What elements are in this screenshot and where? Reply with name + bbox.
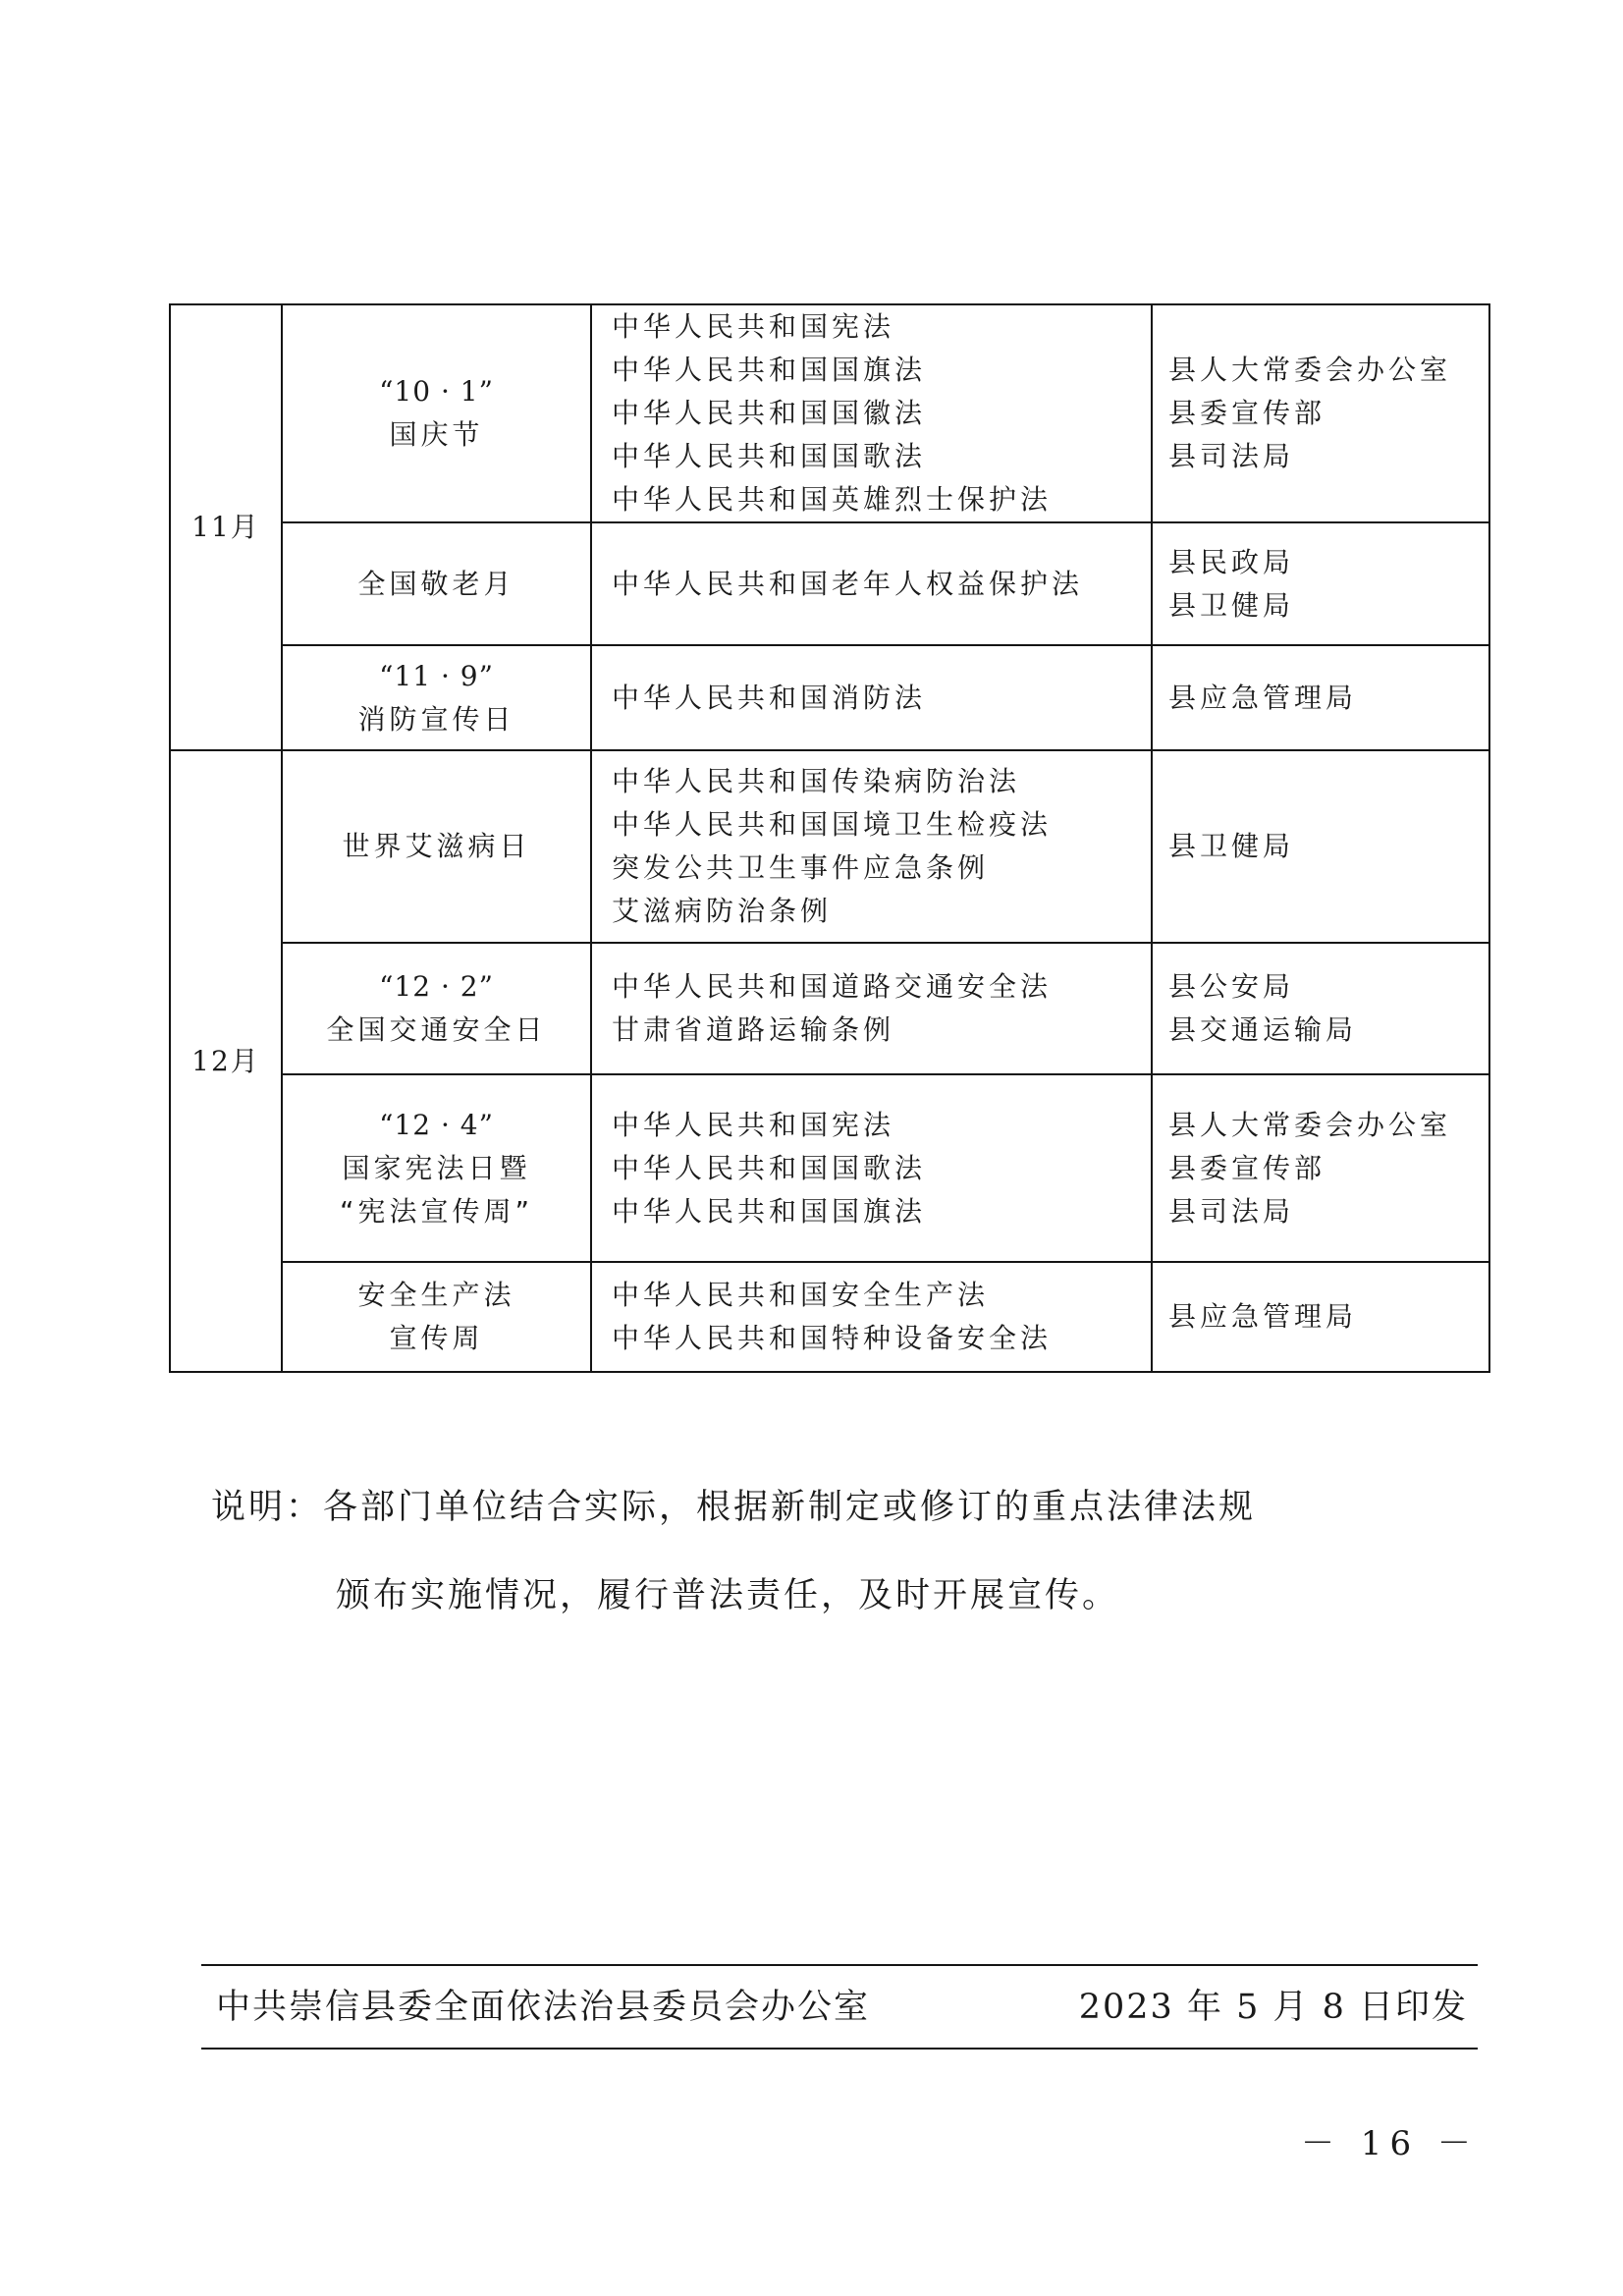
laws-cell: 中华人民共和国消防法	[591, 645, 1152, 750]
month-cell: 11月	[170, 304, 282, 750]
event-code: “10 · 1”	[283, 370, 590, 413]
law-item: 中华人民共和国道路交通安全法	[612, 965, 1151, 1009]
event-name: “宪法宣传周”	[283, 1190, 590, 1233]
law-item: 中华人民共和国国旗法	[612, 1190, 1151, 1233]
issue-date: 2023 年 5 月 8 日印发	[1079, 1980, 1468, 2035]
event-cell: 世界艾滋病日	[282, 750, 591, 943]
department-cell: 县人大常委会办公室 县委宣传部 县司法局	[1152, 1074, 1489, 1262]
footer-top-rule	[201, 1964, 1478, 1966]
department-cell: 县人大常委会办公室 县委宣传部 县司法局	[1152, 304, 1489, 522]
laws-cell: 中华人民共和国宪法 中华人民共和国国歌法 中华人民共和国国旗法	[591, 1074, 1152, 1262]
law-item: 中华人民共和国宪法	[612, 305, 1151, 349]
law-item: 突发公共卫生事件应急条例	[612, 847, 1151, 890]
event-name: 国庆节	[283, 413, 590, 457]
department-cell: 县应急管理局	[1152, 645, 1489, 750]
table-row: “11 · 9” 消防宣传日 中华人民共和国消防法 县应急管理局	[170, 645, 1489, 750]
department-cell: 县卫健局	[1152, 750, 1489, 943]
event-cell: 全国敬老月	[282, 522, 591, 645]
law-item: 中华人民共和国英雄烈士保护法	[612, 478, 1151, 521]
law-item: 中华人民共和国传染病防治法	[612, 760, 1151, 803]
department-item: 县应急管理局	[1168, 1295, 1488, 1339]
department-item: 县应急管理局	[1168, 677, 1488, 720]
law-item: 中华人民共和国宪法	[612, 1104, 1151, 1147]
table-row: 11月 “10 · 1” 国庆节 中华人民共和国宪法 中华人民共和国国旗法 中华…	[170, 304, 1489, 522]
laws-cell: 中华人民共和国传染病防治法 中华人民共和国国境卫生检疫法 突发公共卫生事件应急条…	[591, 750, 1152, 943]
department-item: 县委宣传部	[1168, 1147, 1488, 1190]
department-item: 县卫健局	[1168, 825, 1488, 868]
department-item: 县交通运输局	[1168, 1009, 1488, 1052]
event-name: 全国敬老月	[283, 563, 590, 606]
laws-cell: 中华人民共和国老年人权益保护法	[591, 522, 1152, 645]
event-name: 全国交通安全日	[283, 1009, 590, 1052]
law-item: 中华人民共和国国歌法	[612, 435, 1151, 478]
event-code: “12 · 4”	[283, 1104, 590, 1147]
law-item: 中华人民共和国消防法	[612, 677, 1151, 720]
legal-publicity-schedule-table: 11月 “10 · 1” 国庆节 中华人民共和国宪法 中华人民共和国国旗法 中华…	[169, 303, 1490, 1373]
law-item: 中华人民共和国安全生产法	[612, 1274, 1151, 1317]
department-item: 县卫健局	[1168, 584, 1488, 628]
law-item: 甘肃省道路运输条例	[612, 1009, 1151, 1052]
law-item: 中华人民共和国国旗法	[612, 349, 1151, 392]
month-cell: 12月	[170, 750, 282, 1372]
event-name: 安全生产法	[283, 1274, 590, 1317]
explanatory-note: 说明：各部门单位结合实际，根据新制定或修订的重点法律法规 颁布实施情况，履行普法…	[211, 1463, 1488, 1640]
issuance-footer: 中共崇信县委全面依法治县委员会办公室 2023 年 5 月 8 日印发	[216, 1980, 1473, 2035]
event-code: “11 · 9”	[283, 655, 590, 698]
laws-cell: 中华人民共和国宪法 中华人民共和国国旗法 中华人民共和国国徽法 中华人民共和国国…	[591, 304, 1152, 522]
laws-cell: 中华人民共和国安全生产法 中华人民共和国特种设备安全法	[591, 1262, 1152, 1372]
footer-bottom-rule	[201, 2048, 1478, 2050]
event-cell: “11 · 9” 消防宣传日	[282, 645, 591, 750]
table-row: 12月 世界艾滋病日 中华人民共和国传染病防治法 中华人民共和国国境卫生检疫法 …	[170, 750, 1489, 943]
department-item: 县民政局	[1168, 541, 1488, 584]
department-item: 县司法局	[1168, 435, 1488, 478]
issuing-organization: 中共崇信县委全面依法治县委员会办公室	[216, 1980, 870, 2035]
law-item: 中华人民共和国特种设备安全法	[612, 1317, 1151, 1360]
event-name: 世界艾滋病日	[283, 825, 590, 868]
department-cell: 县民政局 县卫健局	[1152, 522, 1489, 645]
event-cell: “12 · 4” 国家宪法日暨 “宪法宣传周”	[282, 1074, 591, 1262]
event-name: 国家宪法日暨	[283, 1147, 590, 1190]
event-name: 消防宣传日	[283, 698, 590, 741]
department-cell: 县公安局 县交通运输局	[1152, 943, 1489, 1074]
table-row: 全国敬老月 中华人民共和国老年人权益保护法 县民政局 县卫健局	[170, 522, 1489, 645]
event-name: 宣传周	[283, 1317, 590, 1360]
law-item: 艾滋病防治条例	[612, 890, 1151, 933]
note-line-2: 颁布实施情况，履行普法责任，及时开展宣传。	[211, 1552, 1488, 1640]
page-number: － 16 －	[1301, 2116, 1479, 2164]
law-item: 中华人民共和国国境卫生检疫法	[612, 803, 1151, 847]
event-cell: “12 · 2” 全国交通安全日	[282, 943, 591, 1074]
laws-cell: 中华人民共和国道路交通安全法 甘肃省道路运输条例	[591, 943, 1152, 1074]
department-item: 县委宣传部	[1168, 392, 1488, 435]
department-item: 县人大常委会办公室	[1168, 1104, 1488, 1147]
department-item: 县公安局	[1168, 965, 1488, 1009]
note-line-1: 说明：各部门单位结合实际，根据新制定或修订的重点法律法规	[211, 1463, 1488, 1552]
law-item: 中华人民共和国国徽法	[612, 392, 1151, 435]
event-code: “12 · 2”	[283, 965, 590, 1009]
event-cell: “10 · 1” 国庆节	[282, 304, 591, 522]
table-row: 安全生产法 宣传周 中华人民共和国安全生产法 中华人民共和国特种设备安全法 县应…	[170, 1262, 1489, 1372]
event-cell: 安全生产法 宣传周	[282, 1262, 591, 1372]
department-item: 县司法局	[1168, 1190, 1488, 1233]
table-row: “12 · 2” 全国交通安全日 中华人民共和国道路交通安全法 甘肃省道路运输条…	[170, 943, 1489, 1074]
department-item: 县人大常委会办公室	[1168, 349, 1488, 392]
law-item: 中华人民共和国国歌法	[612, 1147, 1151, 1190]
department-cell: 县应急管理局	[1152, 1262, 1489, 1372]
document-page: 11月 “10 · 1” 国庆节 中华人民共和国宪法 中华人民共和国国旗法 中华…	[0, 0, 1623, 2296]
law-item: 中华人民共和国老年人权益保护法	[612, 563, 1151, 606]
table-row: “12 · 4” 国家宪法日暨 “宪法宣传周” 中华人民共和国宪法 中华人民共和…	[170, 1074, 1489, 1262]
